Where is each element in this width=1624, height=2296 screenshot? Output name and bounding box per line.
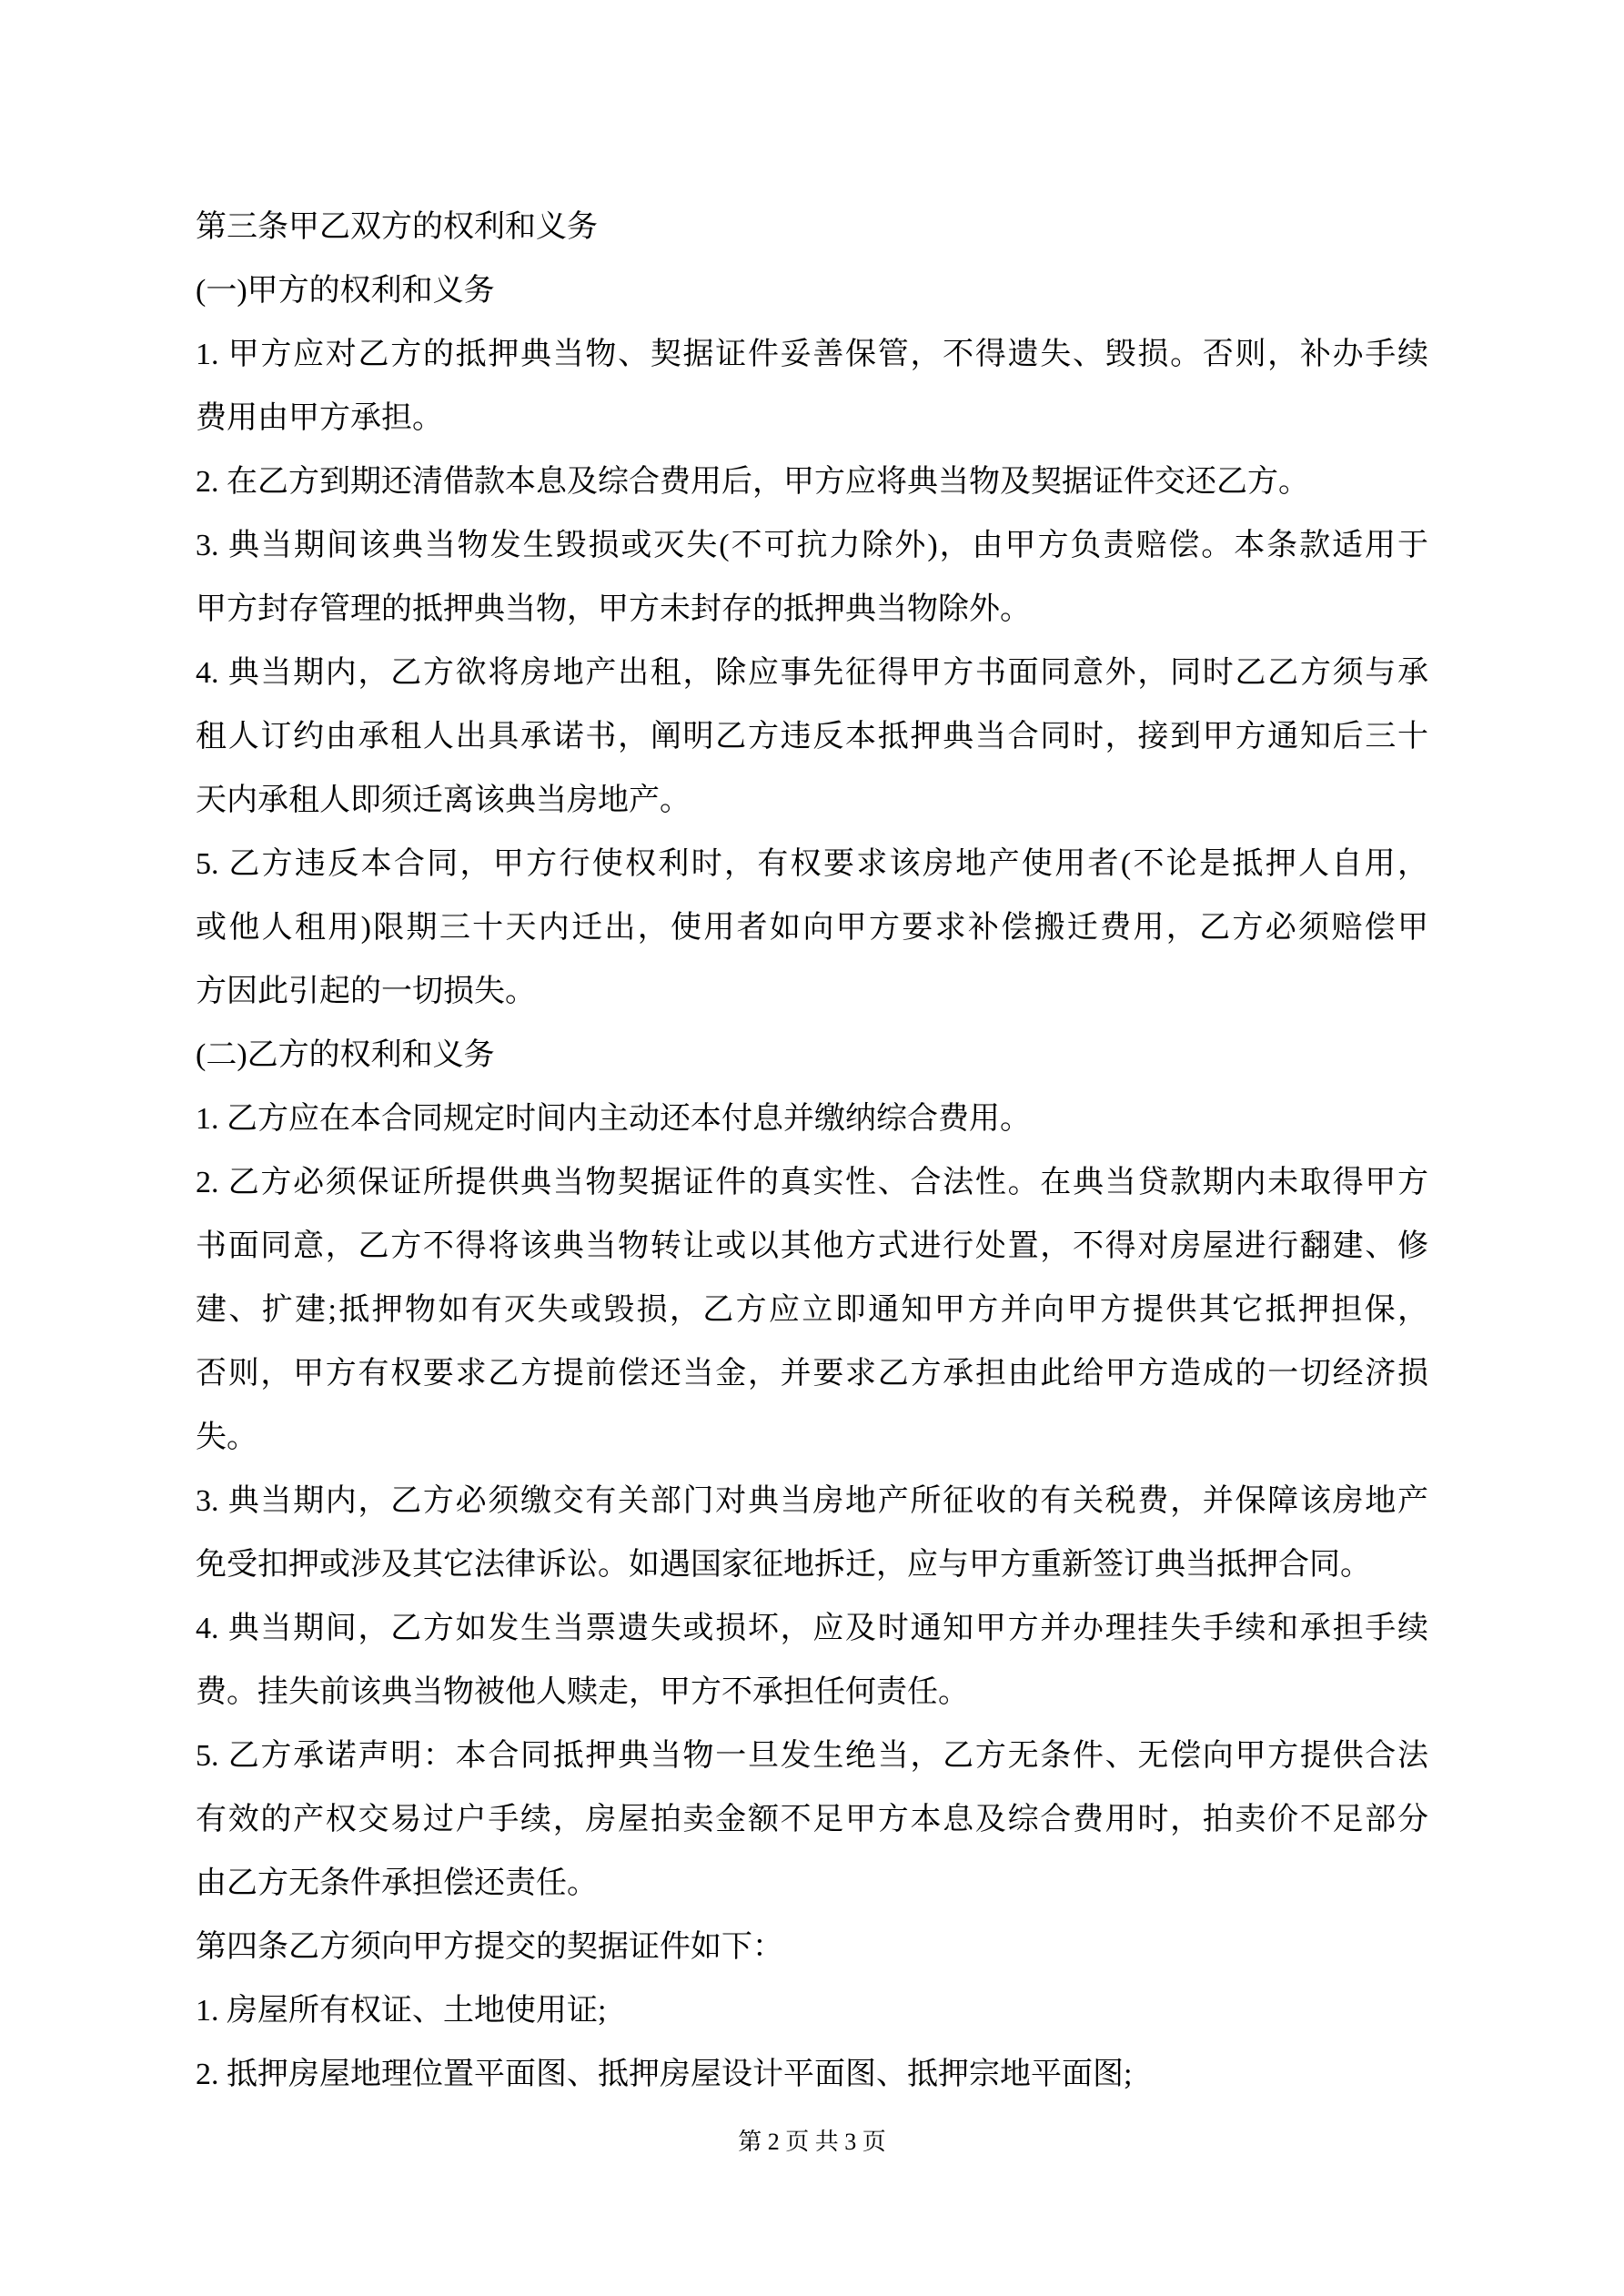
party-a-clause-1-line-1: 1. 甲方应对乙方的抵押典当物、契据证件妥善保管，不得遗失、毁损。否则，补办手续	[196, 323, 1428, 387]
party-a-clause-4-line-1: 4. 典当期内，乙方欲将房地产出租，除应事先征得甲方书面同意外，同时乙乙方须与承	[196, 642, 1428, 705]
article-4-item-2: 2. 抵押房屋地理位置平面图、抵押房屋设计平面图、抵押宗地平面图;	[196, 2043, 1428, 2107]
contract-document-page: 第三条甲乙双方的权利和义务 (一)甲方的权利和义务 1. 甲方应对乙方的抵押典当…	[0, 0, 1624, 2296]
party-b-clause-4-line-2: 费。挂失前该典当物被他人赎走，甲方不承担任何责任。	[196, 1661, 1428, 1725]
party-a-clause-3-line-1: 3. 典当期间该典当物发生毁损或灭失(不可抗力除外)，由甲方负责赔偿。本条款适用…	[196, 514, 1428, 578]
party-a-clause-4-line-3: 天内承租人即须迁离该典当房地产。	[196, 769, 1428, 833]
party-b-clause-5-line-1: 5. 乙方承诺声明：本合同抵押典当物一旦发生绝当，乙方无条件、无偿向甲方提供合法	[196, 1725, 1428, 1788]
party-a-clause-3-line-2: 甲方封存管理的抵押典当物，甲方未封存的抵押典当物除外。	[196, 578, 1428, 642]
party-a-clause-2: 2. 在乙方到期还清借款本息及综合费用后，甲方应将典当物及契据证件交还乙方。	[196, 450, 1428, 514]
party-a-clause-5-line-2: 或他人租用)限期三十天内迁出，使用者如向甲方要求补偿搬迁费用，乙方必须赔偿甲	[196, 896, 1428, 960]
party-b-clause-4-line-1: 4. 典当期间，乙方如发生当票遗失或损坏，应及时通知甲方并办理挂失手续和承担手续	[196, 1597, 1428, 1661]
party-a-rights-heading: (一)甲方的权利和义务	[196, 259, 1428, 323]
party-b-clause-1: 1. 乙方应在本合同规定时间内主动还本付息并缴纳综合费用。	[196, 1087, 1428, 1151]
party-a-clause-5-line-3: 方因此引起的一切损失。	[196, 960, 1428, 1024]
document-body: 第三条甲乙双方的权利和义务 (一)甲方的权利和义务 1. 甲方应对乙方的抵押典当…	[196, 196, 1428, 2107]
party-b-clause-2-line-5: 失。	[196, 1406, 1428, 1470]
article-4-item-1: 1. 房屋所有权证、土地使用证;	[196, 1979, 1428, 2043]
party-a-clause-4-line-2: 租人订约由承租人出具承诺书，阐明乙方违反本抵押典当合同时，接到甲方通知后三十	[196, 705, 1428, 769]
party-b-clause-2-line-3: 建、扩建;抵押物如有灭失或毁损，乙方应立即通知甲方并向甲方提供其它抵押担保，	[196, 1279, 1428, 1342]
party-b-clause-2-line-2: 书面同意，乙方不得将该典当物转让或以其他方式进行处置，不得对房屋进行翻建、修	[196, 1215, 1428, 1279]
party-b-clause-3-line-1: 3. 典当期内，乙方必须缴交有关部门对典当房地产所征收的有关税费，并保障该房地产	[196, 1470, 1428, 1533]
party-b-clause-3-line-2: 免受扣押或涉及其它法律诉讼。如遇国家征地拆迁，应与甲方重新签订典当抵押合同。	[196, 1533, 1428, 1597]
party-b-clause-2-line-1: 2. 乙方必须保证所提供典当物契据证件的真实性、合法性。在典当贷款期内未取得甲方	[196, 1151, 1428, 1215]
page-number-footer: 第 2 页 共 3 页	[0, 2128, 1624, 2157]
party-b-clause-2-line-4: 否则，甲方有权要求乙方提前偿还当金，并要求乙方承担由此给甲方造成的一切经济损	[196, 1342, 1428, 1406]
party-b-clause-5-line-2: 有效的产权交易过户手续，房屋拍卖金额不足甲方本息及综合费用时，拍卖价不足部分	[196, 1788, 1428, 1852]
party-a-clause-1-line-2: 费用由甲方承担。	[196, 387, 1428, 450]
party-a-clause-5-line-1: 5. 乙方违反本合同，甲方行使权利时，有权要求该房地产使用者(不论是抵押人自用，	[196, 833, 1428, 896]
party-b-rights-heading: (二)乙方的权利和义务	[196, 1024, 1428, 1087]
party-b-clause-5-line-3: 由乙方无条件承担偿还责任。	[196, 1852, 1428, 1916]
article-3-heading: 第三条甲乙双方的权利和义务	[196, 196, 1428, 259]
article-4-heading: 第四条乙方须向甲方提交的契据证件如下：	[196, 1916, 1428, 1979]
